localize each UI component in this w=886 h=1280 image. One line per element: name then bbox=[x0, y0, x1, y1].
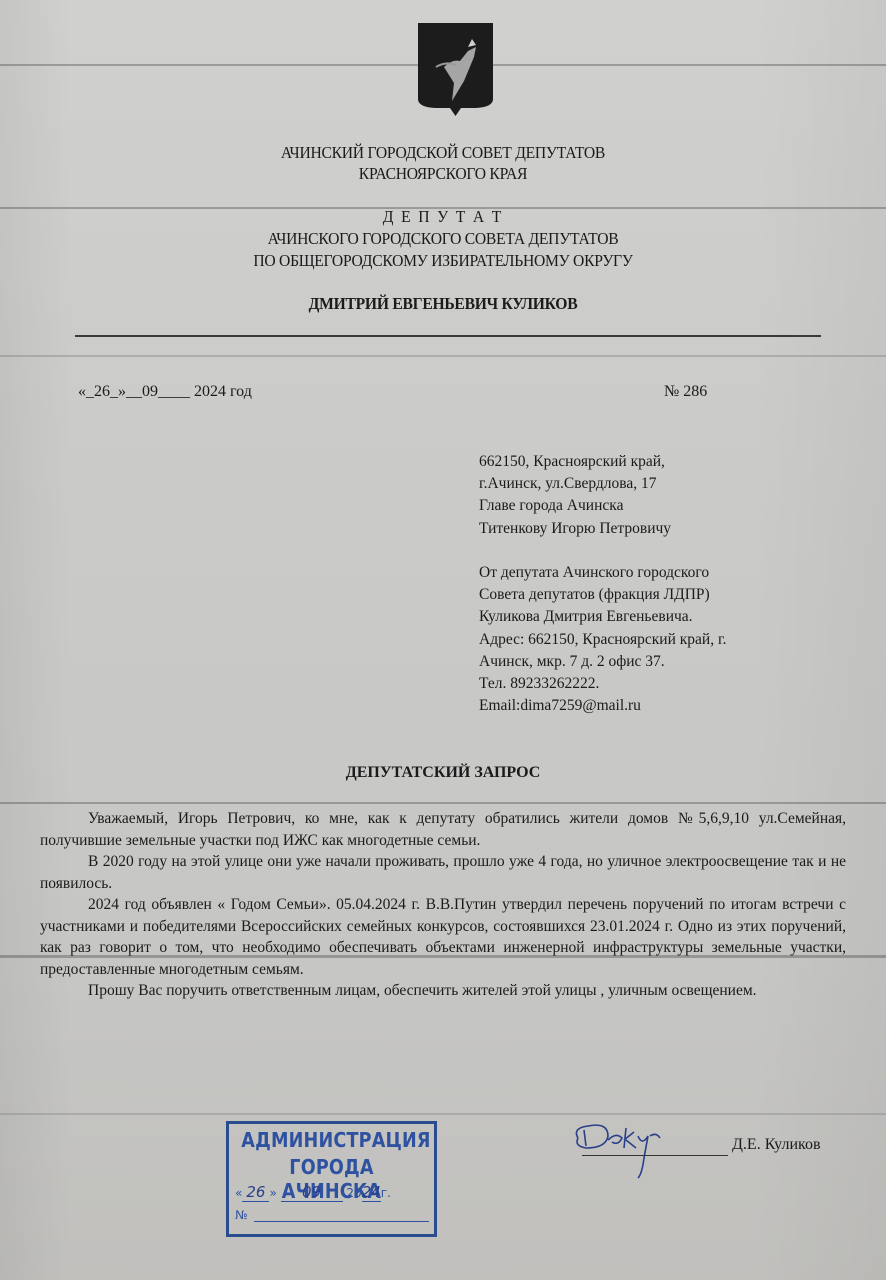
signature-line bbox=[582, 1155, 728, 1156]
stamp-number-label: № bbox=[235, 1208, 247, 1222]
stamp-day: 26 bbox=[242, 1183, 269, 1202]
body-paragraph: Уважаемый, Игорь Петрович, ко мне, как к… bbox=[40, 808, 846, 851]
council-name-line-1: АЧИНСКИЙ ГОРОДСКОЙ СОВЕТ ДЕПУТАТОВ bbox=[35, 143, 850, 163]
sender-line: Ачинск, мкр. 7 д. 2 офис 37. bbox=[479, 651, 726, 673]
stamp-year-suffix: 24 bbox=[362, 1183, 381, 1202]
sender-line: Адрес: 662150, Красноярский край, г. bbox=[479, 629, 726, 651]
document-title: ДЕПУТАТСКИЙ ЗАПРОС bbox=[0, 764, 886, 782]
stamp-year-unit: г. bbox=[381, 1186, 391, 1200]
city-coat-of-arms-icon bbox=[416, 21, 495, 118]
scan-line bbox=[0, 1113, 886, 1115]
recipient-line: г.Ачинск, ул.Свердлова, 17 bbox=[479, 473, 671, 495]
sender-block: От депутата Ачинского городского Совета … bbox=[479, 562, 726, 717]
body-paragraph: Прошу Вас поручить ответственным лицам, … bbox=[40, 980, 846, 1002]
sender-line: Куликова Дмитрия Евгеньевича. bbox=[479, 606, 726, 628]
document-number: № 286 bbox=[664, 383, 707, 401]
document-page: АЧИНСКИЙ ГОРОДСКОЙ СОВЕТ ДЕПУТАТОВ КРАСН… bbox=[0, 0, 886, 1280]
header-divider bbox=[75, 335, 821, 337]
recipient-line: 662150, Красноярский край, bbox=[479, 451, 671, 473]
stamp-number-line bbox=[254, 1221, 429, 1222]
scan-line bbox=[0, 802, 886, 804]
body-paragraph: 2024 год объявлен « Годом Семьи». 05.04.… bbox=[40, 894, 846, 980]
deputy-title: Д Е П У Т А Т bbox=[35, 207, 850, 227]
stamp-month: 09 bbox=[281, 1183, 343, 1202]
sender-line: От депутата Ачинского городского bbox=[479, 562, 726, 584]
signatory-name: Д.Е. Куликов bbox=[732, 1136, 821, 1154]
stamp-line-1: АДМИНИСТРАЦИЯ bbox=[241, 1128, 421, 1152]
handwritten-signature-icon bbox=[568, 1118, 708, 1184]
sender-email: Email:dima7259@mail.ru bbox=[479, 695, 726, 717]
scan-line bbox=[0, 355, 886, 357]
document-body: Уважаемый, Игорь Петрович, ко мне, как к… bbox=[40, 808, 846, 1002]
stamp-date: «26» 09 2024г. bbox=[235, 1183, 430, 1202]
recipient-line: Титенкову Игорю Петровичу bbox=[479, 518, 671, 540]
council-name-line-2: КРАСНОЯРСКОГО КРАЯ bbox=[35, 164, 850, 184]
deputy-name: ДМИТРИЙ ЕВГЕНЬЕВИЧ КУЛИКОВ bbox=[35, 294, 850, 314]
recipient-line: Главе города Ачинска bbox=[479, 495, 671, 517]
registration-stamp: АДМИНИСТРАЦИЯ ГОРОДА АЧИНСКА «26» 09 202… bbox=[226, 1121, 437, 1237]
body-paragraph: В 2020 году на этой улице они уже начали… bbox=[40, 851, 846, 894]
sender-line: Совета депутатов (фракция ЛДПР) bbox=[479, 584, 726, 606]
sender-line: Тел. 89233262222. bbox=[479, 673, 726, 695]
stamp-year-prefix: 20 bbox=[346, 1186, 361, 1200]
recipient-block: 662150, Красноярский край, г.Ачинск, ул.… bbox=[479, 451, 671, 540]
deputy-line-2: ПО ОБЩЕГОРОДСКОМУ ИЗБИРАТЕЛЬНОМУ ОКРУГУ bbox=[35, 251, 850, 271]
document-date: «_26_»__09____ 2024 год bbox=[78, 383, 252, 401]
deputy-line-1: АЧИНСКОГО ГОРОДСКОГО СОВЕТА ДЕПУТАТОВ bbox=[35, 229, 850, 249]
